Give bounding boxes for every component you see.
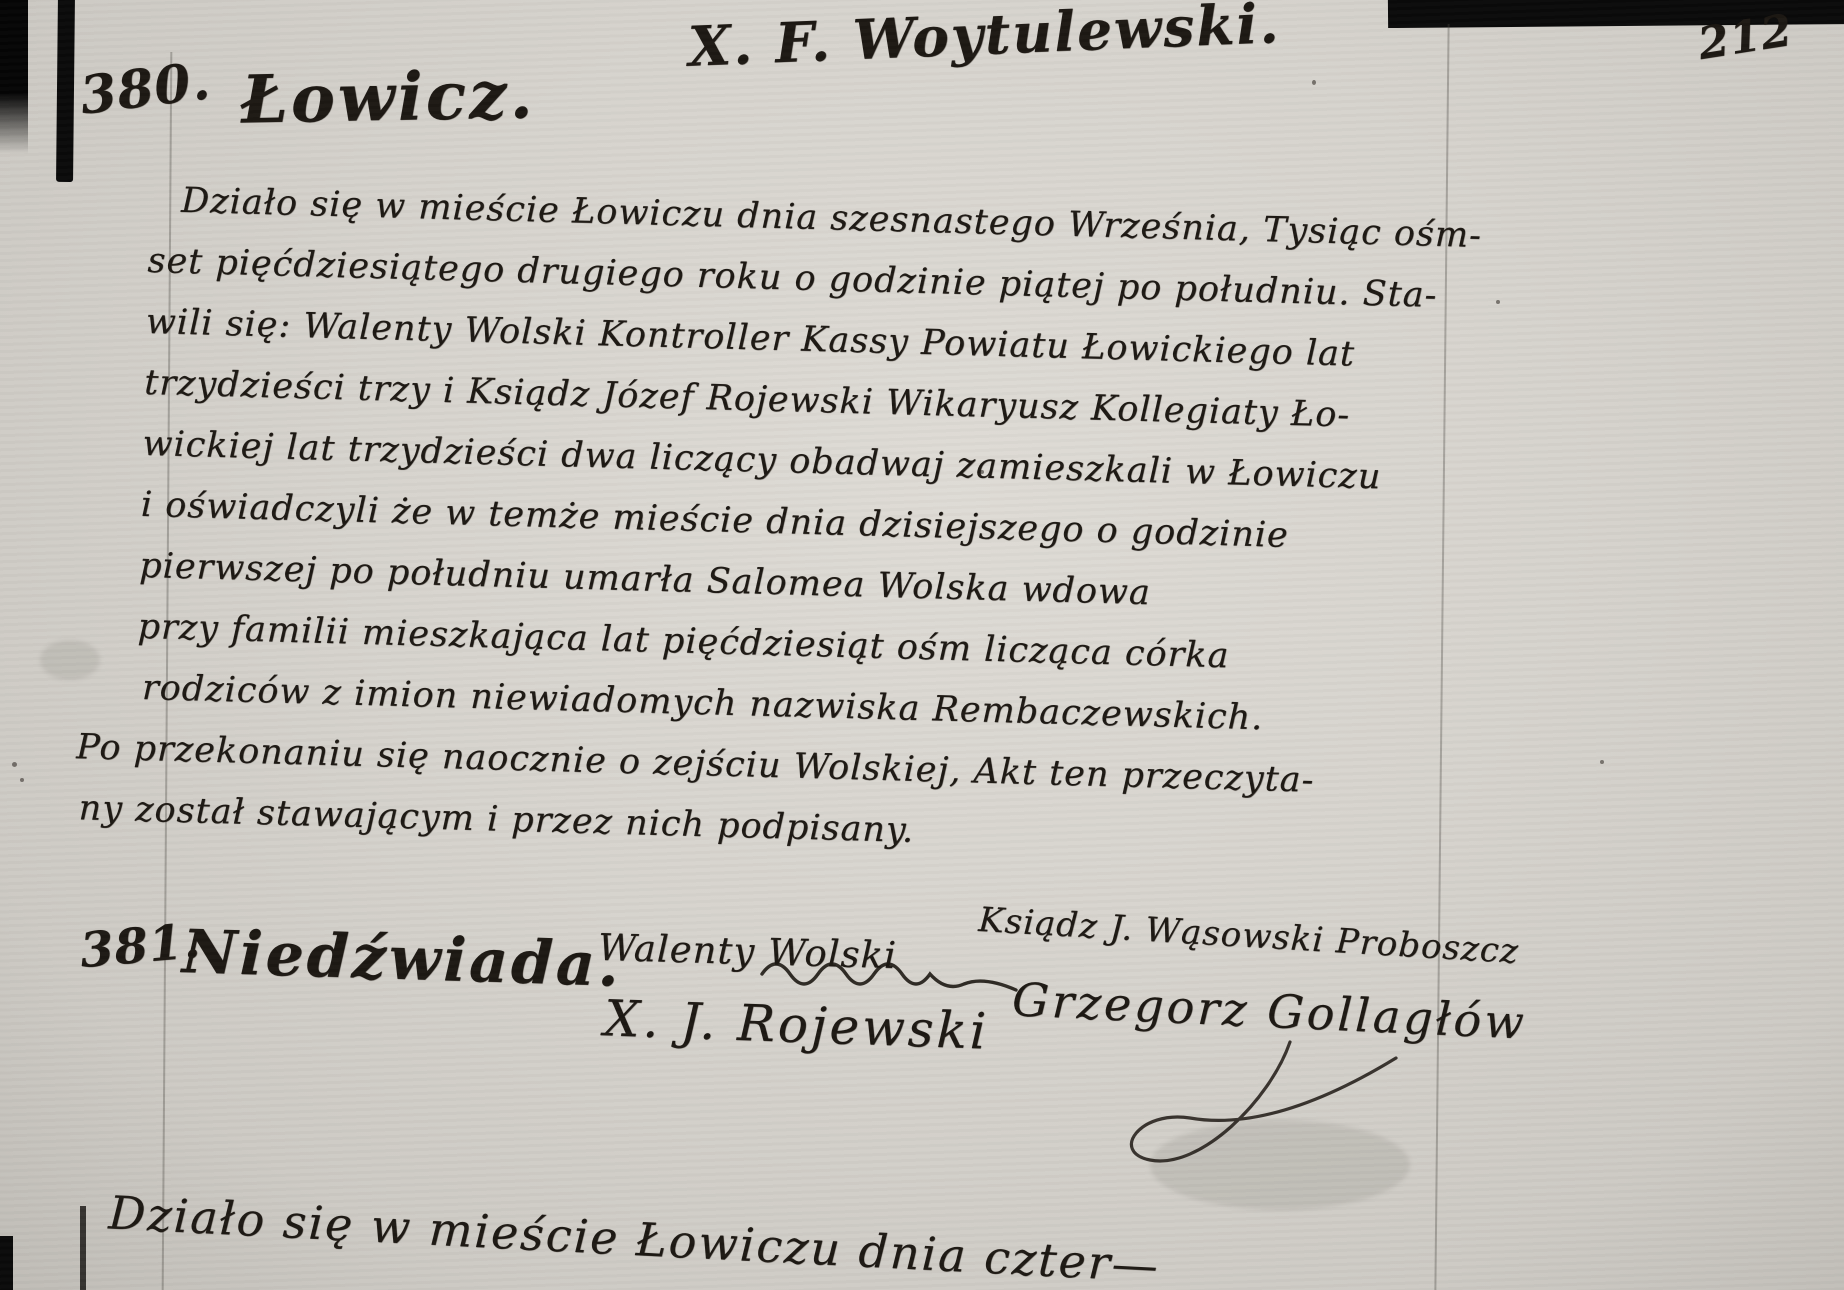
scan-edge-left-top xyxy=(0,0,28,154)
paper-speck xyxy=(1600,760,1604,764)
record-380-number: 380. xyxy=(77,50,214,126)
paper-speck xyxy=(12,762,17,767)
scan-edge-bottom-line xyxy=(80,1206,86,1290)
record-380-heading: 380. Łowicz. xyxy=(80,58,535,136)
scan-edge-left-bar xyxy=(56,0,75,182)
signature-rojewski: X. J. Rojewski xyxy=(603,989,990,1060)
signature-walenty-wolski: Walenty Wolski xyxy=(597,926,897,977)
paper-speck xyxy=(1312,80,1316,85)
paper-smudge xyxy=(1150,1120,1410,1210)
record-380-body: Działo się w mieście Łowiczu dnia szesna… xyxy=(132,170,1510,878)
record-381-place: Niedźwiada. xyxy=(181,917,623,1001)
paper-speck xyxy=(20,778,24,782)
scan-edge-bottom-left xyxy=(0,1236,13,1290)
header-priest-signature: X. F. Woytulewski. xyxy=(687,0,1282,79)
paper-smudge xyxy=(40,640,100,680)
scanned-register-page: 212 X. F. Woytulewski. 380. Łowicz. Dzia… xyxy=(0,0,1844,1290)
record-380-place: Łowicz. xyxy=(240,55,536,138)
record-381-first-line: Działo się w mieście Łowiczu dnia czter— xyxy=(107,1185,1161,1290)
signature-grzegorz: Grzegorz Gollagłów xyxy=(1011,972,1528,1049)
